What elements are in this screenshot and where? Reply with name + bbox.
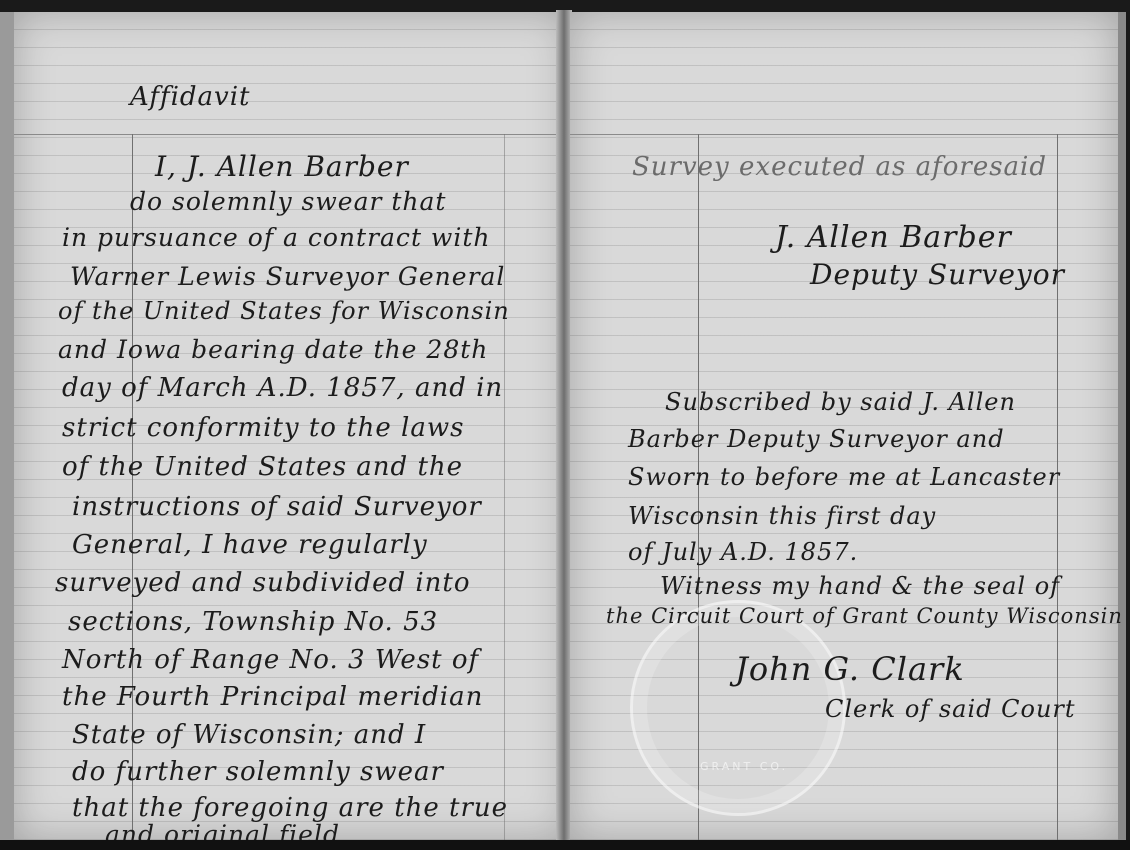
text-line: North of Range No. 3 West of	[62, 645, 479, 675]
text-line: Warner Lewis Surveyor General	[70, 262, 505, 291]
jurat-line: the Circuit Court of Grant County Wiscon…	[606, 604, 1123, 628]
jurat-line: Witness my hand & the seal of	[660, 572, 1060, 600]
clerk-signature: John G. Clark	[735, 650, 965, 688]
text-line: of the United States for Wisconsin	[58, 297, 510, 325]
text-line: General, I have regularly	[72, 530, 428, 560]
text-line: and Iowa bearing date the 28th	[58, 335, 488, 364]
continuation-line: Survey executed as aforesaid	[632, 152, 1047, 182]
jurat-line: Subscribed by said J. Allen	[665, 388, 1016, 416]
surveyor-signature: J. Allen Barber	[775, 220, 1012, 255]
text-line: I, J. Allen Barber	[155, 150, 409, 183]
text-line: State of Wisconsin; and I	[72, 720, 426, 750]
heading-affidavit: Affidavit	[130, 82, 250, 112]
jurat-line: of July A.D. 1857.	[628, 538, 858, 566]
text-line: do solemnly swear that	[130, 187, 446, 216]
header-rule	[570, 134, 1118, 135]
header-rule	[14, 134, 568, 135]
text-line: sections, Township No. 53	[68, 607, 438, 637]
text-line: of the United States and the	[62, 452, 463, 482]
text-line: instructions of said Surveyor	[72, 492, 482, 522]
margin-rule-right	[504, 134, 505, 840]
text-line: in pursuance of a contract with	[62, 223, 490, 252]
text-line: that the foregoing are the true	[72, 793, 508, 823]
text-line: do further solemnly swear	[72, 757, 444, 787]
seal-text: GRANT CO.	[700, 760, 788, 773]
jurat-line: Sworn to before me at Lancaster	[628, 463, 1060, 491]
text-line: the Fourth Principal meridian	[62, 682, 483, 712]
court-seal	[630, 600, 846, 816]
text-line: strict conformity to the laws	[62, 413, 464, 443]
open-ledger-book: GRANT CO. Affidavit I, J. Allen Barber d…	[0, 0, 1130, 850]
jurat-line: Barber Deputy Surveyor and	[628, 425, 1005, 453]
clerk-title: Clerk of said Court	[825, 695, 1076, 723]
surveyor-title: Deputy Surveyor	[810, 258, 1065, 291]
text-line: day of March A.D. 1857, and in	[62, 373, 503, 403]
text-line: surveyed and subdivided into	[55, 568, 471, 598]
book-bottom-edge	[0, 840, 1130, 850]
jurat-line: Wisconsin this first day	[628, 502, 936, 530]
